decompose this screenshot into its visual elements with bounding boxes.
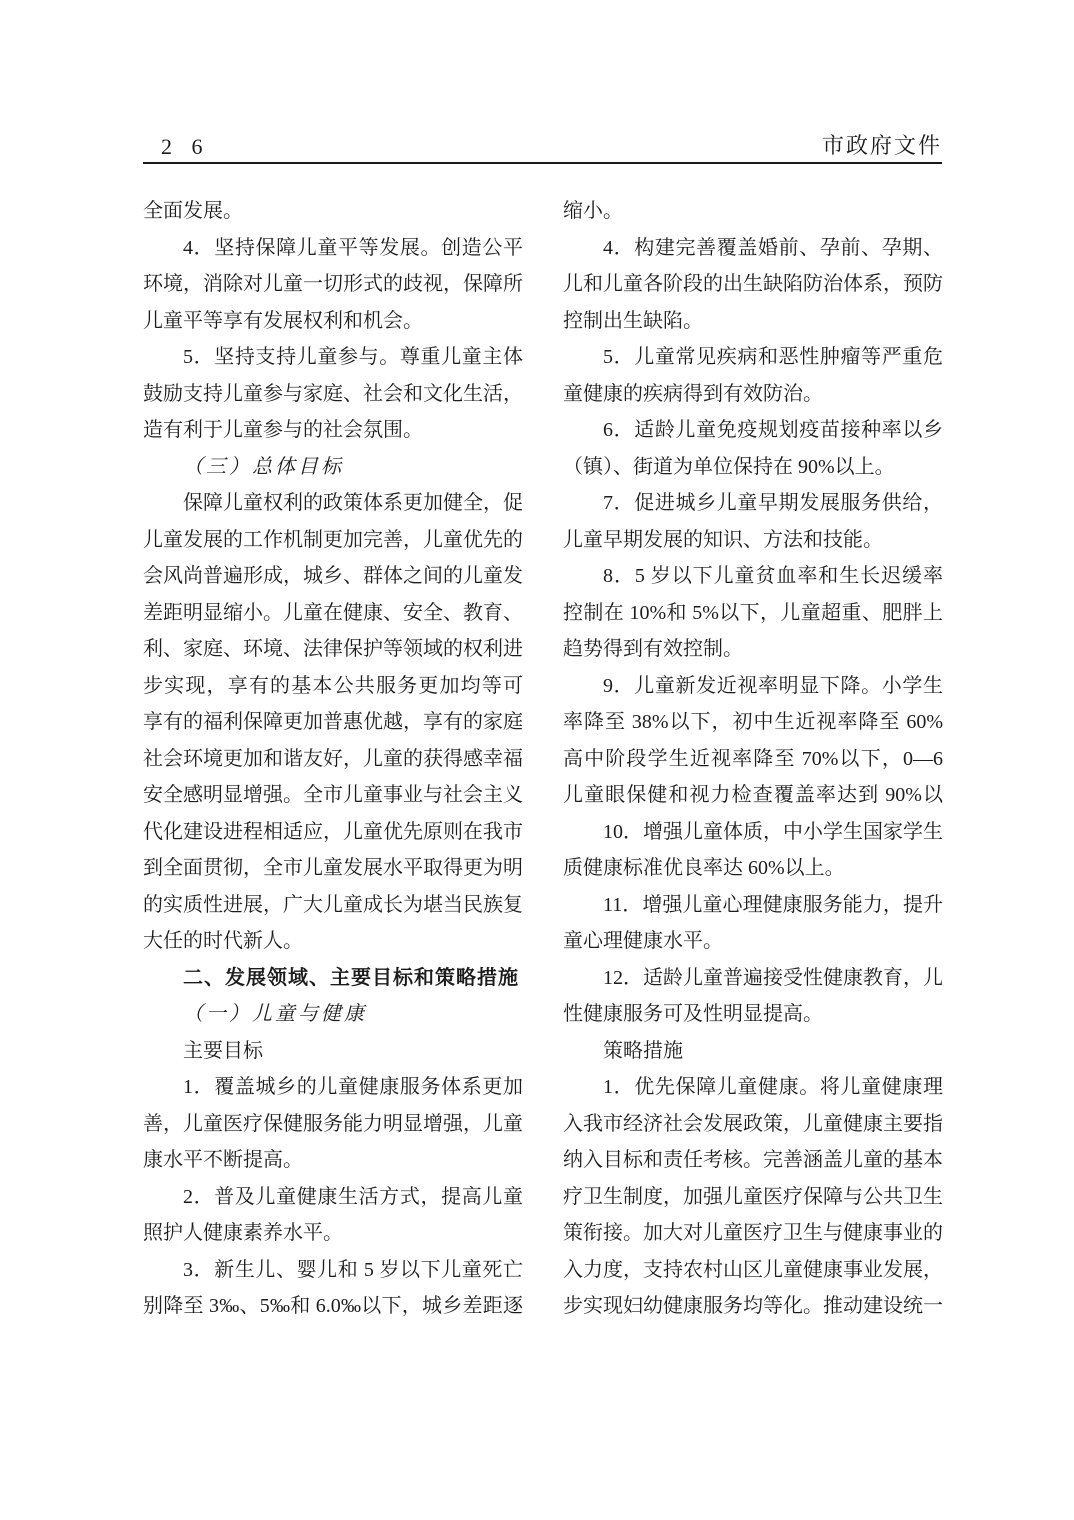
text-line: 12．适龄儿童普遍接受性健康教育，儿童 [563, 960, 943, 997]
text-line: 社会环境更加和谐友好，儿童的获得感幸福感 [143, 741, 523, 778]
text-line: 童健康的疾病得到有效防治。 [563, 376, 943, 413]
header-doc-label: 市政府文件 [822, 129, 942, 160]
right-column: 缩小。4．构建完善覆盖婚前、孕前、孕期、新生儿和儿童各阶段的出生缺陷防治体系，预… [563, 193, 943, 1325]
text-line: 质健康标准优良率达 60%以上。 [563, 850, 943, 887]
text-line: 代化建设进程相适应，儿童优先原则在我市得 [143, 814, 523, 851]
text-line: 步实现妇幼健康服务均等化。推动建设统一的 [563, 1288, 943, 1325]
text-line: 造有利于儿童参与的社会氛围。 [143, 412, 523, 449]
text-line: 全面发展。 [143, 193, 523, 230]
text-line: 别降至 3‰、5‰和 6.0‰以下，城乡差距逐步 [143, 1288, 523, 1325]
left-column: 全面发展。4．坚持保障儿童平等发展。创造公平社会环境，消除对儿童一切形式的歧视，… [143, 193, 523, 1325]
text-line: 趋势得到有效控制。 [563, 631, 943, 668]
text-line: 9．儿童新发近视率明显下降。小学生近视 [563, 668, 943, 705]
text-line: 疗卫生制度，加强儿童医疗保障与公共卫生政 [563, 1179, 943, 1216]
text-line: 5．坚持支持儿童参与。尊重儿童主体地位， [143, 339, 523, 376]
text-line: 到全面贯彻，全市儿童发展水平取得更为明显 [143, 850, 523, 887]
text-line: 二、发展领域、主要目标和策略措施 [143, 960, 523, 997]
text-line: 控制在 10%和 5%以下，儿童超重、肥胖上升 [563, 595, 943, 632]
text-line: 3．新生儿、婴儿和 5 岁以下儿童死亡率分 [143, 1252, 523, 1289]
text-line: 童心理健康水平。 [563, 923, 943, 960]
text-line: 善，儿童医疗保健服务能力明显增强，儿童健 [143, 1106, 523, 1143]
text-line: 安全感明显增强。全市儿童事业与社会主义现 [143, 777, 523, 814]
text-columns: 全面发展。4．坚持保障儿童平等发展。创造公平社会环境，消除对儿童一切形式的歧视，… [143, 193, 943, 1325]
text-line: （一）儿童与健康 [143, 996, 523, 1033]
text-line: 步实现，享有的基本公共服务更加均等可及， [143, 668, 523, 705]
text-line: 4．构建完善覆盖婚前、孕前、孕期、新生 [563, 230, 943, 267]
text-line: 10．增强儿童体质，中小学生国家学生体 [563, 814, 943, 851]
text-line: 入我市经济社会发展政策，儿童健康主要指标 [563, 1106, 943, 1143]
text-line: （镇）、街道为单位保持在 90%以上。 [563, 449, 943, 486]
text-line: 儿童平等享有发展权利和机会。 [143, 303, 523, 340]
text-line: 环境，消除对儿童一切形式的歧视，保障所有 [143, 266, 523, 303]
text-line: 入力度，支持农村山区儿童健康事业发展，逐 [563, 1252, 943, 1289]
document-page: 2 6 市政府文件 全面发展。4．坚持保障儿童平等发展。创造公平社会环境，消除对… [0, 0, 1074, 1520]
text-line: 儿和儿童各阶段的出生缺陷防治体系，预防和 [563, 266, 943, 303]
page-header: 2 6 市政府文件 [143, 130, 942, 164]
text-line: 康水平不断提高。 [143, 1142, 523, 1179]
text-line: 7．促进城乡儿童早期发展服务供给，普及 [563, 485, 943, 522]
text-line: 控制出生缺陷。 [563, 303, 943, 340]
text-line: 6．适龄儿童免疫规划疫苗接种率以乡 [563, 412, 943, 449]
text-line: （三）总体目标 [143, 449, 523, 486]
text-line: 享有的福利保障更加普惠优越，享有的家庭和 [143, 704, 523, 741]
text-line: 大任的时代新人。 [143, 923, 523, 960]
text-line: 会风尚普遍形成，城乡、群体之间的儿童发展 [143, 558, 523, 595]
text-line: 缩小。 [563, 193, 943, 230]
text-line: 纳入目标和责任考核。完善涵盖儿童的基本医 [563, 1142, 943, 1179]
text-line: 利、家庭、环境、法律保护等领域的权利进一 [143, 631, 523, 668]
text-line: 保障儿童权利的政策体系更加健全，促进 [143, 485, 523, 522]
text-line: 4．坚持保障儿童平等发展。创造公平社会 [143, 230, 523, 267]
text-line: 策略措施 [563, 1033, 943, 1070]
text-line: 策衔接。加大对儿童医疗卫生与健康事业的投 [563, 1215, 943, 1252]
text-line: 儿童发展的工作机制更加完善，儿童优先的社 [143, 522, 523, 559]
text-line: 儿童早期发展的知识、方法和技能。 [563, 522, 943, 559]
text-line: 照护人健康素养水平。 [143, 1215, 523, 1252]
text-line: 高中阶段学生近视率降至 70%以下，0—6 岁 [563, 741, 943, 778]
text-line: 1．覆盖城乡的儿童健康服务体系更加完 [143, 1069, 523, 1106]
text-line: 5．儿童常见疾病和恶性肿瘤等严重危害儿 [563, 339, 943, 376]
text-line: 鼓励支持儿童参与家庭、社会和文化生活，营 [143, 376, 523, 413]
text-line: 11．增强儿童心理健康服务能力，提升儿 [563, 887, 943, 924]
text-line: 差距明显缩小。儿童在健康、安全、教育、福 [143, 595, 523, 632]
text-line: 8．5 岁以下儿童贫血率和生长迟缓率分别 [563, 558, 943, 595]
text-line: 的实质性进展，广大儿童成长为堪当民族复兴 [143, 887, 523, 924]
text-line: 主要目标 [143, 1033, 523, 1070]
text-line: 性健康服务可及性明显提高。 [563, 996, 943, 1033]
text-line: 儿童眼保健和视力检查覆盖率达到 90%以上。 [563, 777, 943, 814]
text-line: 1．优先保障儿童健康。将儿童健康理念融 [563, 1069, 943, 1106]
text-line: 2．普及儿童健康生活方式，提高儿童及其 [143, 1179, 523, 1216]
text-line: 率降至 38%以下，初中生近视率降至 60%以下， [563, 704, 943, 741]
page-number: 2 6 [143, 134, 210, 160]
